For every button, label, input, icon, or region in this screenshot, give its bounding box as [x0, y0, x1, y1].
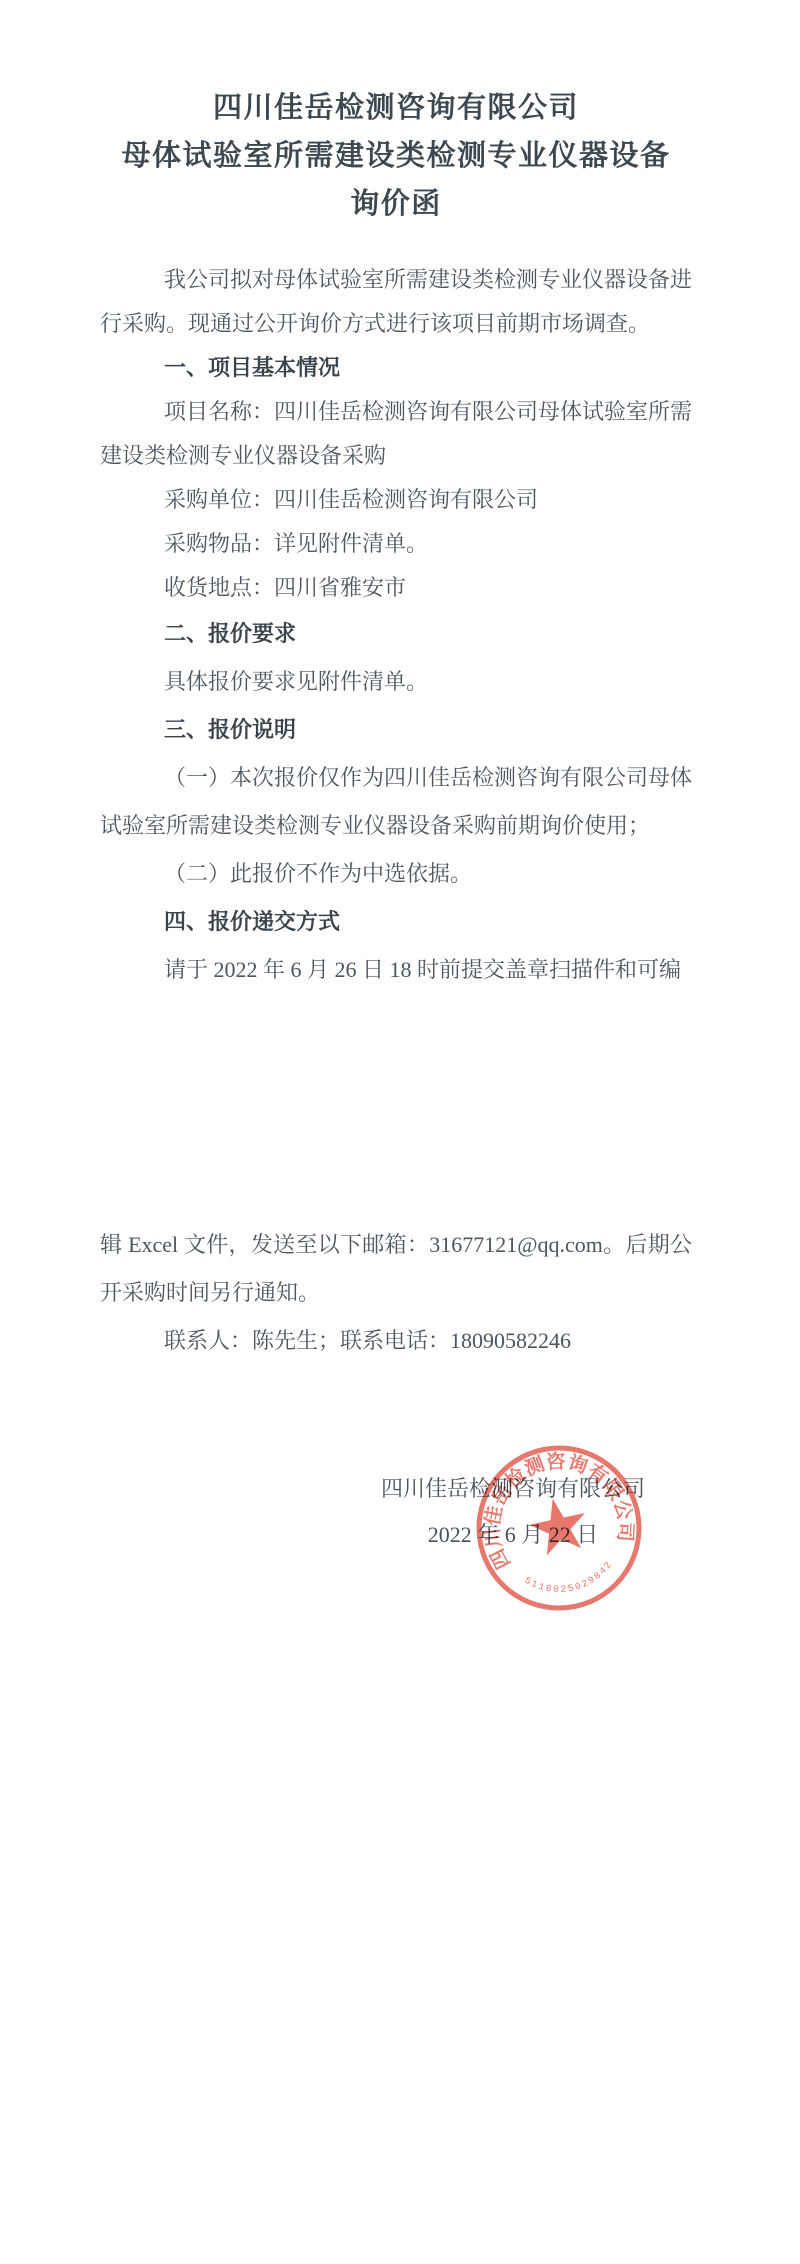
- contact-line: 联系人：陈先生；联系电话：18090582246: [100, 1317, 692, 1365]
- submission-email-paragraph: 辑 Excel 文件，发送至以下邮箱：31677121@qq.com。后期公开采…: [100, 1221, 692, 1317]
- note-1-paragraph: （一）本次报价仅作为四川佳岳检测咨询有限公司母体试验室所需建设类检测专业仪器设备…: [100, 754, 692, 850]
- document-title: 四川佳岳检测咨询有限公司 母体试验室所需建设类检测专业仪器设备 询价函: [100, 84, 692, 228]
- signature-block: 四川佳岳检测咨询有限公司 2022 年 6 月 22 日 四川佳岳检测咨询有限公…: [381, 1466, 645, 1558]
- purchaser-line: 采购单位：四川佳岳检测咨询有限公司: [100, 478, 692, 522]
- signature-date: 2022 年 6 月 22 日: [381, 1512, 645, 1558]
- section-3-heading: 三、报价说明: [100, 706, 692, 754]
- section-4-heading: 四、报价递交方式: [100, 898, 692, 946]
- delivery-location-line: 收货地点：四川省雅安市: [100, 566, 692, 610]
- items-line: 采购物品：详见附件清单。: [100, 522, 692, 566]
- title-line-company: 四川佳岳检测咨询有限公司: [100, 84, 692, 132]
- quote-requirements-line: 具体报价要求见附件清单。: [100, 658, 692, 706]
- section-2-heading: 二、报价要求: [100, 610, 692, 658]
- submission-deadline-line: 请于 2022 年 6 月 26 日 18 时前提交盖章扫描件和可编: [100, 946, 692, 994]
- document-body-upper: 我公司拟对母体试验室所需建设类检测专业仪器设备进行采购。现通过公开询价方式进行该…: [100, 258, 692, 610]
- project-name-line: 项目名称：四川佳岳检测咨询有限公司母体试验室所需建设类检测专业仪器设备采购: [100, 390, 692, 478]
- note-2-paragraph: （二）此报价不作为中选依据。: [100, 850, 692, 898]
- intro-paragraph: 我公司拟对母体试验室所需建设类检测专业仪器设备进行采购。现通过公开询价方式进行该…: [100, 258, 692, 346]
- title-line-doctype: 询价函: [100, 180, 692, 228]
- seal-code-text: 5118025029842: [521, 1557, 619, 1604]
- section-1-heading: 一、项目基本情况: [100, 346, 692, 390]
- title-line-subject: 母体试验室所需建设类检测专业仪器设备: [100, 132, 692, 180]
- signature-company: 四川佳岳检测咨询有限公司: [381, 1466, 645, 1512]
- document-body-lower: 二、报价要求 具体报价要求见附件清单。 三、报价说明 （一）本次报价仅作为四川佳…: [100, 610, 692, 1558]
- document-content: 四川佳岳检测咨询有限公司 母体试验室所需建设类检测专业仪器设备 询价函 我公司拟…: [100, 0, 692, 1558]
- scanned-document-page: 四川佳岳检测咨询有限公司 母体试验室所需建设类检测专业仪器设备 询价函 我公司拟…: [0, 0, 800, 2264]
